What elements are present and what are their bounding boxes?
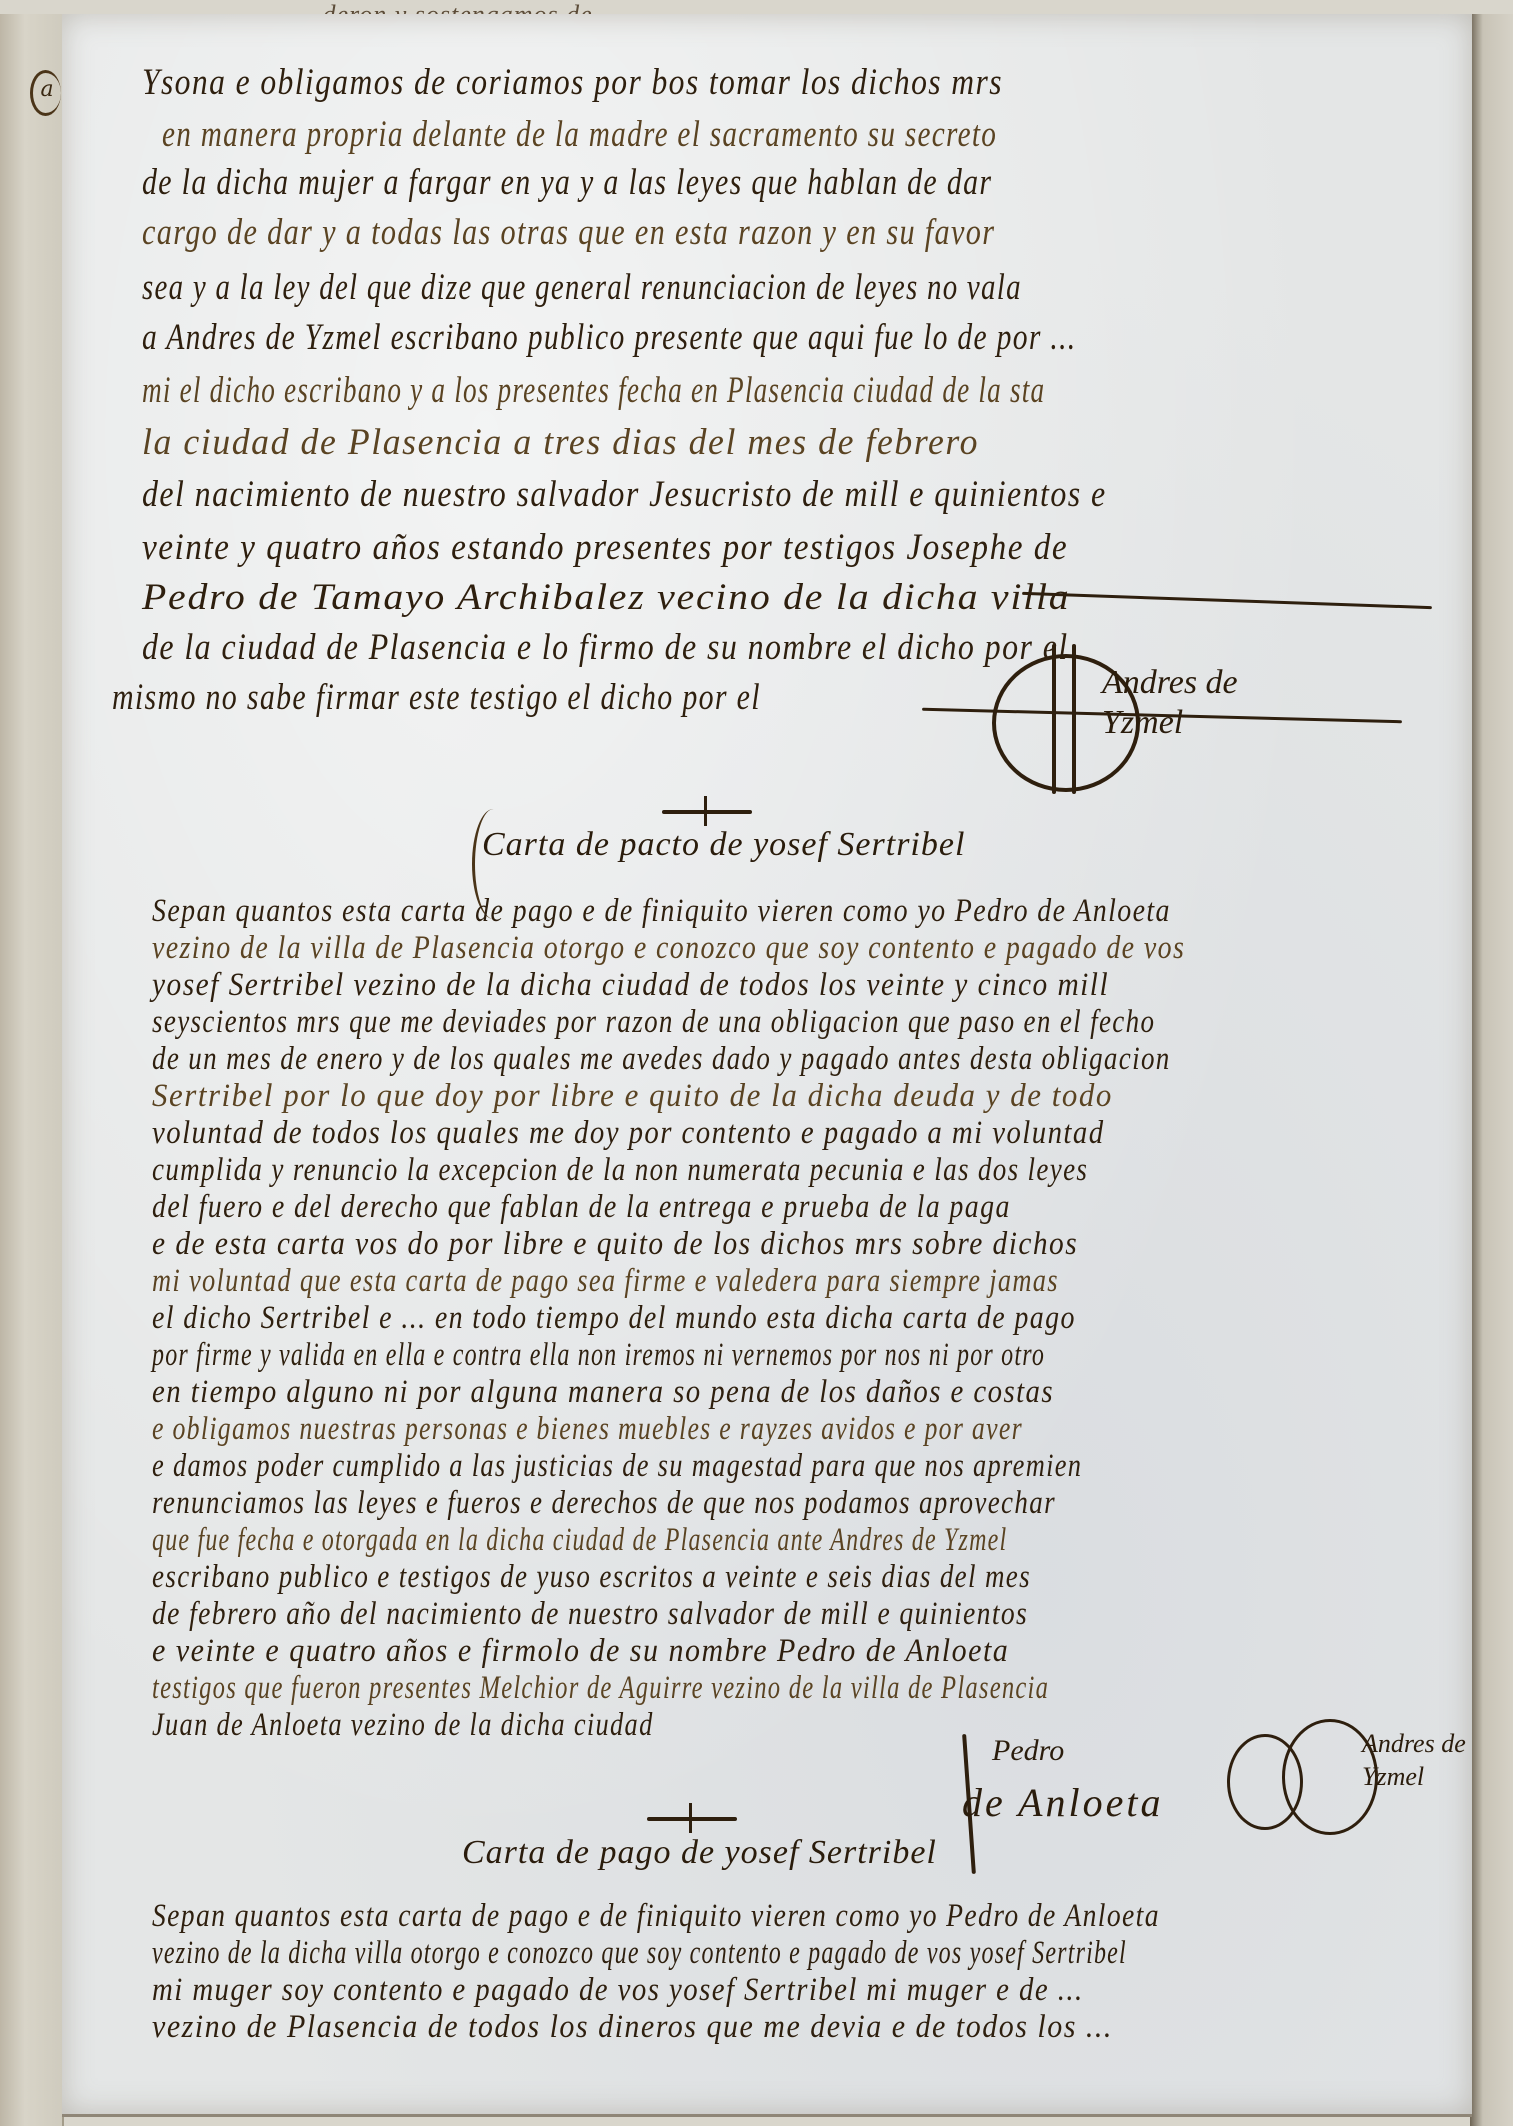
- text-line: cumplida y renuncio la excepcion de la n…: [152, 1151, 1088, 1188]
- text-line: voluntad de todos los quales me doy por …: [152, 1114, 1105, 1151]
- section-heading: Carta de pacto de yosef Sertribel: [482, 826, 965, 864]
- text-line: Sepan quantos esta carta de pago e de fi…: [152, 1897, 1160, 1934]
- left-page-edge: [0, 14, 64, 2126]
- signature-stroke: [1052, 644, 1056, 794]
- text-line: cargo de dar y a todas las otras que en …: [142, 212, 995, 254]
- signature-surname: de Anloeta: [962, 1779, 1163, 1826]
- text-line: sea y a la ley del que dize que general …: [142, 267, 1022, 309]
- text-line: Pedro de Tamayo Archibalez vecino de la …: [142, 577, 1070, 619]
- text-line: e obligamos nuestras personas e bienes m…: [152, 1410, 1023, 1447]
- signature-name: Pedro: [992, 1734, 1064, 1768]
- cross-icon: [647, 1809, 737, 1835]
- text-line: por firme y valida en ella e contra ella…: [152, 1336, 1045, 1373]
- text-line: el dicho Sertribel e ... en todo tiempo …: [152, 1299, 1076, 1336]
- text-line: de febrero año del nacimiento de nuestro…: [152, 1595, 1028, 1632]
- text-line: seyscientos mrs que me deviades por razo…: [152, 1003, 1155, 1040]
- text-line: mismo no sabe firmar este testigo el dic…: [112, 677, 761, 719]
- text-line: renunciamos las leyes e fueros e derecho…: [152, 1484, 1056, 1521]
- text-line: vezino de la dicha villa otorgo e conozc…: [152, 1934, 1127, 1971]
- text-line: de la dicha mujer a fargar en ya y a las…: [142, 162, 992, 204]
- text-line: vezino de Plasencia de todos los dineros…: [152, 2008, 1113, 2045]
- text-line: vezino de la villa de Plasencia otorgo e…: [152, 929, 1185, 966]
- text-line: Juan de Anloeta vezino de la dicha ciuda…: [152, 1706, 654, 1743]
- text-line: que fue fecha e otorgada en la dicha ciu…: [152, 1521, 1007, 1558]
- text-line: Sertribel por lo que doy por libre e qui…: [152, 1077, 1113, 1114]
- text-line: mi muger soy contento e pagado de vos yo…: [152, 1971, 1084, 2008]
- margin-mark: a: [30, 70, 61, 116]
- text-line: a Andres de Yzmel escribano publico pres…: [142, 317, 1076, 359]
- text-line: mi voluntad que esta carta de pago sea f…: [152, 1262, 1059, 1299]
- right-page-edge: [1470, 14, 1513, 2126]
- text-line: la ciudad de Plasencia a tres dias del m…: [142, 422, 979, 464]
- signature-stroke: [1072, 644, 1076, 794]
- text-line: yosef Sertribel vezino de la dicha ciuda…: [152, 966, 1109, 1003]
- text-line: veinte y quatro años estando presentes p…: [142, 527, 1068, 569]
- text-line: Sepan quantos esta carta de pago e de fi…: [152, 892, 1171, 929]
- section-heading: Carta de pago de yosef Sertribel: [462, 1834, 937, 1872]
- text-line: del fuero e del derecho que fablan de la…: [152, 1188, 1011, 1225]
- signature-surname: Yzmel: [1362, 1762, 1424, 1792]
- text-line: mi el dicho escribano y a los presentes …: [142, 370, 1045, 412]
- text-line: en tiempo alguno ni por alguna manera so…: [152, 1373, 1054, 1410]
- signature-name: Andres de: [1102, 664, 1238, 702]
- text-line: e veinte e quatro años e firmolo de su n…: [152, 1632, 1009, 1669]
- text-line: e damos poder cumplido a las justicias d…: [152, 1447, 1082, 1484]
- text-line: e de esta carta vos do por libre e quito…: [152, 1225, 1078, 1262]
- text-line: de un mes de enero y de los quales me av…: [152, 1040, 1171, 1077]
- line-flourish: [1022, 592, 1432, 609]
- text-line: de la ciudad de Plasencia e lo firmo de …: [142, 627, 1069, 669]
- text-line: del nacimiento de nuestro salvador Jesuc…: [142, 474, 1107, 516]
- text-line: testigos que fueron presentes Melchior d…: [152, 1669, 1049, 1706]
- signature-name: Andres de: [1362, 1729, 1466, 1759]
- text-line: en manera propria delante de la madre el…: [162, 114, 997, 156]
- text-line: Ysona e obligamos de coriamos por bos to…: [142, 62, 1003, 104]
- signature-surname: Yzmel: [1102, 704, 1183, 742]
- cross-icon: [662, 802, 752, 828]
- text-line: escribano publico e testigos de yuso esc…: [152, 1558, 1031, 1595]
- manuscript-page: Ysona e obligamos de coriamos por bos to…: [62, 14, 1472, 2117]
